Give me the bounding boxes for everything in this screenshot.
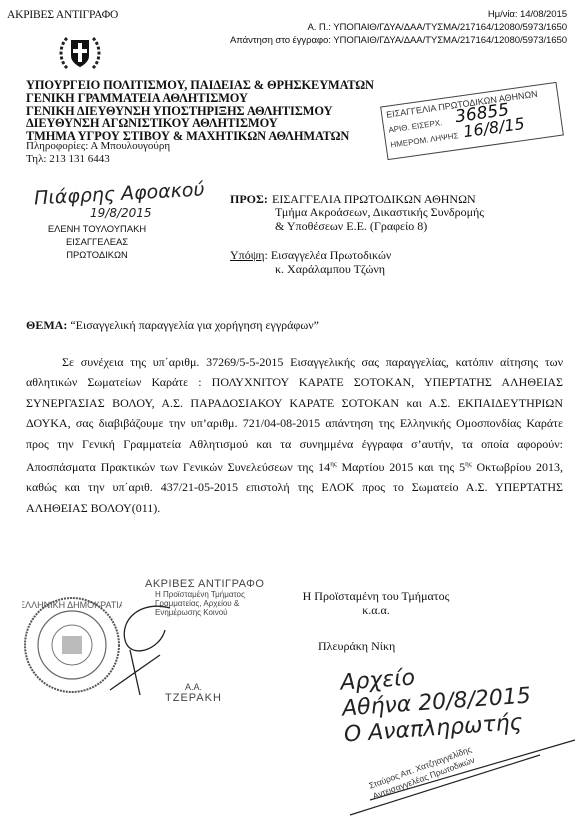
recipient-block: ΠΡΟΣ:ΕΙΣΑΓΓΕΛΙΑ ΠΡΩΤΟΔΙΚΩΝ ΑΘΗΝΩΝ Τμήμα … bbox=[230, 193, 484, 233]
attention-line: κ. Χαράλαμπου Τζώνη bbox=[230, 262, 391, 276]
subject-line: ΘΕΜΑ: “Εισαγγελική παραγγελία για χορήγη… bbox=[26, 318, 319, 333]
signatory-title: Η Προϊσταμένη του Τμήματος bbox=[296, 589, 456, 603]
ministry-header: ΥΠΟΥΡΓΕΙΟ ΠΟΛΙΤΙΣΜΟΥ, ΠΑΙΔΕΙΑΣ & ΘΡΗΣΚΕΥ… bbox=[26, 79, 374, 143]
attention-line: : Εισαγγελέα Πρωτοδικών bbox=[265, 248, 392, 262]
document-date: Ημ/νία: 14/08/2015 bbox=[230, 8, 567, 21]
attention-block: Υπόψη: Εισαγγελέα Πρωτοδικών κ. Χαράλαμπ… bbox=[230, 248, 391, 276]
copy-stamp-title: ΑΚΡΙΒΕΣ ΑΝΤΙΓΡΑΦΟ bbox=[145, 578, 264, 590]
prosecutor-name: ΕΛΕΝΗ ΤΟΥΛΟΥΠΑΚΗ bbox=[42, 222, 152, 235]
recipient-line: ΕΙΣΑΓΓΕΛΙΑ ΠΡΩΤΟΔΙΚΩΝ ΑΘΗΝΩΝ bbox=[272, 192, 476, 206]
prosecutor-stamp: ΕΛΕΝΗ ΤΟΥΛΟΥΠΑΚΗ ΕΙΣΑΓΓΕΛΕΑΣ ΠΡΩΤΟΔΙΚΩΝ bbox=[42, 222, 152, 261]
ministry-line: ΥΠΟΥΡΓΕΙΟ ΠΟΛΙΤΙΣΜΟΥ, ΠΑΙΔΕΙΑΣ & ΘΡΗΣΚΕΥ… bbox=[26, 79, 374, 92]
copy-stamp-signer: Α.Α. ΤΖΕΡΑΚΗ bbox=[165, 682, 222, 704]
stamp-date-label: ΗΜΕΡΟΜ. ΛΗΨΗΣ bbox=[390, 131, 459, 149]
handwritten-order: Πιάφρης Αφοακού bbox=[34, 179, 205, 210]
document-header-info: Ημ/νία: 14/08/2015 Α. Π.: ΥΠΟΠΑΙΘ/ΓΔΥΑ/Δ… bbox=[230, 8, 567, 47]
recipient-line: Τμήμα Ακροάσεων, Δικαστικής Συνδρομής bbox=[230, 206, 484, 219]
protocol-number: Α. Π.: ΥΠΟΠΑΙΘ/ΓΔΥΑ/ΔΑΑ/ΤΥΣΜΑ/217164/120… bbox=[230, 21, 567, 34]
contact-phone: Τηλ: 213 131 6443 bbox=[26, 153, 170, 166]
signatory-name: Πλευράκη Νίκη bbox=[318, 639, 395, 654]
contact-person: Πληροφορίες: Α Μπουλουγούρη bbox=[26, 140, 170, 153]
signatory-subtitle: κ.α.α. bbox=[296, 603, 456, 617]
signature-strokes-icon bbox=[340, 730, 579, 820]
greek-coat-of-arms-icon bbox=[57, 32, 103, 72]
body-text-part: Σε συνέχεια της υπ΄αριθμ. 37269/5-5-2015… bbox=[26, 355, 563, 474]
signature-block: Η Προϊσταμένη του Τμήματος κ.α.α. bbox=[296, 589, 456, 617]
prosecutor-title: ΕΙΣΑΓΓΕΛΕΑΣ ΠΡΩΤΟΔΙΚΩΝ bbox=[42, 235, 152, 261]
copy-label: ΑΚΡΙΒΕΣ ΑΝΤΙΓΡΑΦΟ bbox=[7, 9, 118, 21]
copy-stamp-name: ΤΖΕΡΑΚΗ bbox=[165, 693, 222, 704]
subject-text: “Εισαγγελική παραγγελία για χορήγηση εγγ… bbox=[70, 318, 319, 332]
stamp-number-label: ΑΡΙΘ. ΕΙΣΕΡΧ. bbox=[388, 118, 443, 134]
body-paragraph: Σε συνέχεια της υπ΄αριθμ. 37269/5-5-2015… bbox=[26, 352, 563, 518]
handwritten-order-date: 19/8/2015 bbox=[90, 206, 152, 220]
ministry-line: ΓΕΝΙΚΗ ΓΡΑΜΜΑΤΕΙΑ ΑΘΛΗΤΙΣΜΟΥ bbox=[26, 92, 374, 105]
body-text-part: Μαρτίου 2015 και της 5 bbox=[337, 460, 466, 474]
recipient-line: & Υποθέσεων Ε.Ε. (Γραφείο 8) bbox=[230, 220, 484, 233]
recipient-label: ΠΡΟΣ: bbox=[230, 193, 272, 206]
attention-label: Υπόψη bbox=[230, 248, 265, 262]
reply-reference: Απάντηση στο έγγραφο: ΥΠΟΠΑΙΘ/ΓΔΥΑ/ΔΑΑ/Τ… bbox=[230, 34, 567, 47]
contact-info: Πληροφορίες: Α Μπουλουγούρη Τηλ: 213 131… bbox=[26, 140, 170, 166]
subject-label: ΘΕΜΑ: bbox=[26, 318, 67, 332]
copy-stamp-line: Η Προϊσταμένη Τμήματος bbox=[145, 590, 264, 599]
incoming-stamp: ΕΙΣΑΓΓΕΛΙΑ ΠΡΩΤΟΔΙΚΩΝ ΑΘΗΝΩΝ ΑΡΙΘ. ΕΙΣΕΡ… bbox=[380, 82, 564, 160]
